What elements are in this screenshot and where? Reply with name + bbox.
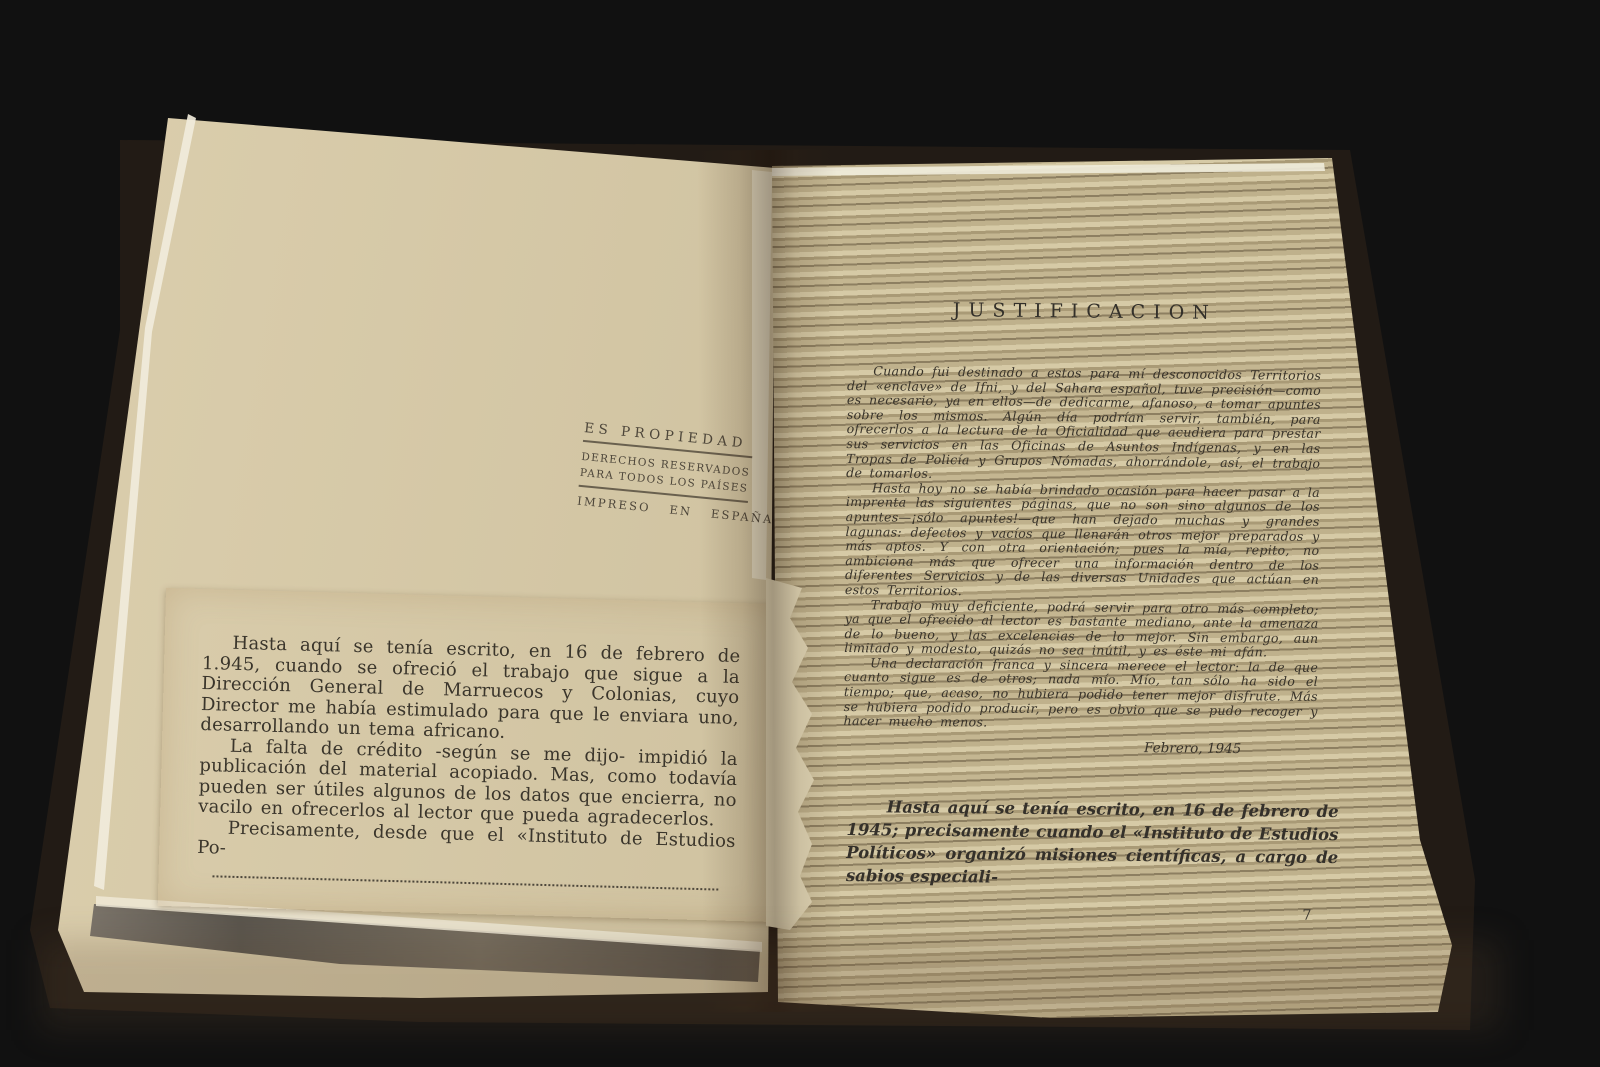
cloth-fold-shadow <box>40 940 1500 1030</box>
photo-scene: ES PROPIEDAD DERECHOS RESERVADOS PARA TO… <box>0 0 1600 1067</box>
dotted-rule <box>213 875 719 890</box>
date-line: Febrero, 1945 <box>843 737 1317 758</box>
body-paragraph: Hasta hoy no se había brindado ocasión p… <box>845 481 1320 603</box>
book-gutter-shadow <box>697 150 843 1013</box>
footer-paragraph: Hasta aquí se tenía escrito, en 16 de fe… <box>846 795 1339 892</box>
body-paragraph: Una declaración franca y sincera merece … <box>843 656 1318 734</box>
right-page-content: JUSTIFICACION Cuando fui destinado a est… <box>841 298 1321 924</box>
body-paragraph: Cuando fui destinado a estos para mí des… <box>846 364 1321 486</box>
slip-paragraph: Hasta aquí se tenía escrito, en 16 de fe… <box>200 633 740 750</box>
pasted-slip: Hasta aquí se tenía escrito, en 16 de fe… <box>158 588 784 922</box>
slip-paragraph: La falta de crédito -según se me dijo- i… <box>198 735 738 831</box>
body-paragraph: Trabajo muy deficiente, podrá servir par… <box>844 597 1319 660</box>
chapter-title: JUSTIFICACION <box>848 298 1322 325</box>
